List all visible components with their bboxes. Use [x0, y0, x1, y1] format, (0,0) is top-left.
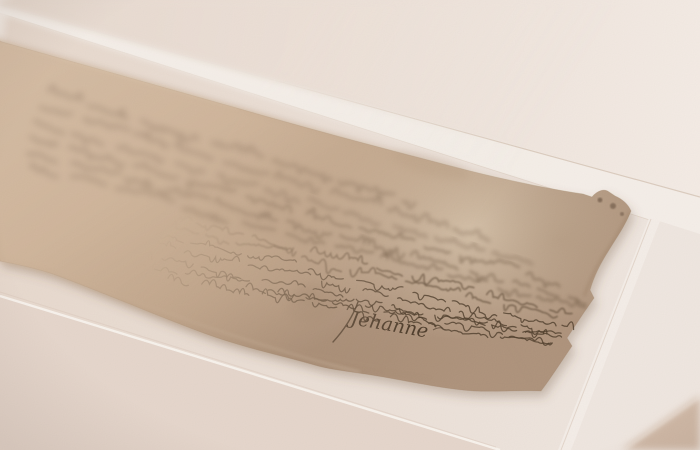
photo-canvas: Jehanne	[0, 0, 700, 450]
photo-vignette	[0, 0, 700, 450]
photo-of-manuscript: Jehanne	[0, 0, 700, 450]
